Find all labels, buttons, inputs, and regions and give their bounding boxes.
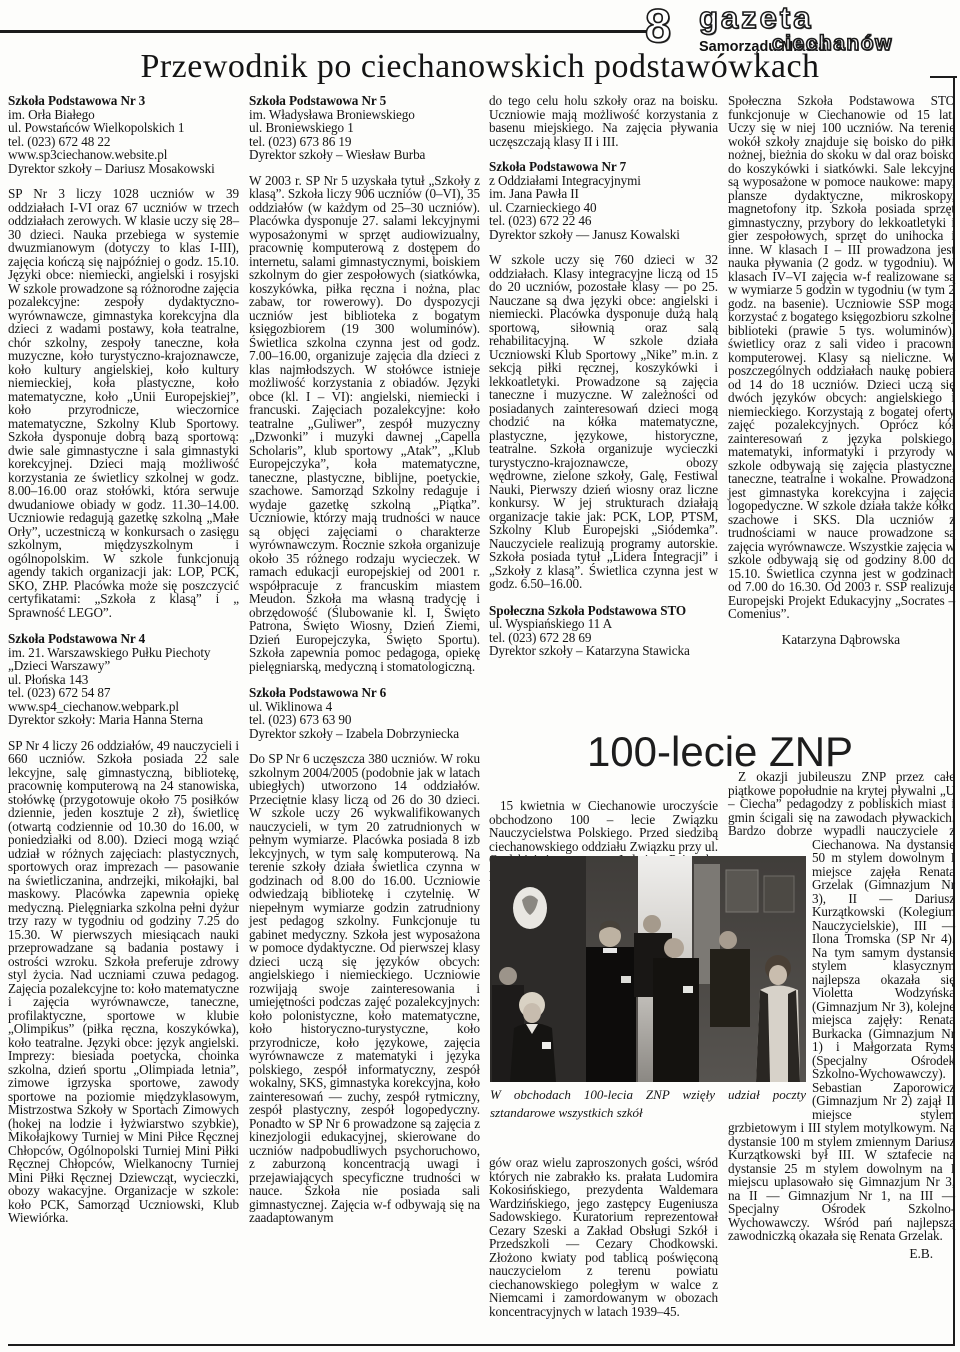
school-info-line: im. Jana Pawła II <box>489 187 718 201</box>
school-body-continuation: do tego celu holu szkoły oraz na boisku.… <box>489 94 718 148</box>
school-info-line: z Oddziałami Integracyjnymi <box>489 174 718 188</box>
school-info-line: „Dzieci Warszawy” <box>8 659 239 673</box>
article-byline: Katarzyna Dąbrowska <box>728 633 955 647</box>
school-info-line: ul. Broniewskiego 1 <box>249 121 480 135</box>
school-body: W szkole uczy się 760 dzieci w 32 oddzia… <box>489 253 718 591</box>
znp-left-text: gów oraz wielu zaproszonych gości, wśród… <box>489 1156 718 1318</box>
school-ssto-header: Społeczna Szkoła Podstawowa STO ul. Wysp… <box>489 604 718 658</box>
school-info-line: ul. Czarnieckiego 40 <box>489 201 718 215</box>
school-name: Szkoła Podstawowa Nr 6 <box>249 686 480 700</box>
page-title: Przewodnik po ciechanowskich podstawówka… <box>0 48 960 85</box>
school-info-line: Dyrektor szkoły — Janusz Kowalski <box>489 228 718 242</box>
school-website: www.sp4_ciechanow.webpark.pl <box>8 700 239 714</box>
column-3: do tego celu holu szkoły oraz na boisku.… <box>489 94 718 671</box>
photo-wrap-spacer <box>728 838 812 1113</box>
school-info-line: Dyrektor szkoły: Maria Hanna Sterna <box>8 713 239 727</box>
school-info-line: ul. Płońska 143 <box>8 673 239 687</box>
school-info-line: ul. Wiklinowa 4 <box>249 700 480 714</box>
top-rule <box>0 30 648 33</box>
school-info-line: ul. Powstańców Wielkopolskich 1 <box>8 121 239 135</box>
znp-left-continuation: gów oraz wielu zaproszonych gości, wśród… <box>489 1156 718 1318</box>
school-info-line: tel. (023) 673 86 19 <box>249 135 480 149</box>
znp-right-column: Z okazji jubileuszu ZNP przez całe piątk… <box>728 770 955 1260</box>
column-2: Szkoła Podstawowa Nr 5 im. Władysława Br… <box>249 94 480 1238</box>
school-info-line: ul. Wyspiańskiego 11 A <box>489 617 718 631</box>
school-info-line: tel. (023) 672 54 87 <box>8 686 239 700</box>
school-info-line: tel. (023) 672 22 46 <box>489 214 718 228</box>
school-sp6: Szkoła Podstawowa Nr 6 ul. Wiklinowa 4 t… <box>249 686 480 1225</box>
school-body: SP Nr 3 liczy 1028 uczniów w 39 oddziała… <box>8 187 239 619</box>
school-sp3: Szkoła Podstawowa Nr 3 im. Orła Białego … <box>8 94 239 619</box>
school-info-line: im. 21. Warszawskiego Pułku Piechoty <box>8 646 239 660</box>
column-4: Społeczna Szkoła Podstawowa STO funkcjon… <box>728 94 955 646</box>
school-info-line: im. Władysława Broniewskiego <box>249 108 480 122</box>
school-body: Do SP Nr 6 uczęszcza 380 uczniów. W roku… <box>249 752 480 1225</box>
school-name: Szkoła Podstawowa Nr 7 <box>489 160 718 174</box>
masthead-title: gazeta <box>699 2 813 33</box>
article-byline: E.B. <box>728 1247 955 1261</box>
school-name: Szkoła Podstawowa Nr 4 <box>8 632 239 646</box>
school-info-line: tel. (023) 672 48 22 <box>8 135 239 149</box>
column-1: Szkoła Podstawowa Nr 3 im. Orła Białego … <box>8 94 239 1238</box>
school-sp5: Szkoła Podstawowa Nr 5 im. Władysława Br… <box>249 94 480 673</box>
school-info-line: Dyrektor szkoły – Dariusz Mosakowski <box>8 162 239 176</box>
school-website: www.sp3ciechanow.website.pl <box>8 148 239 162</box>
znp-right-text: Z okazji jubileuszu ZNP przez całe piątk… <box>728 770 955 1243</box>
school-body: W 2003 r. SP Nr 5 uzyskała tytuł „Szkoły… <box>249 174 480 674</box>
newspaper-page: 8 gazeta Samorządu Miasta ciechanów Prze… <box>0 0 960 1352</box>
school-name: Szkoła Podstawowa Nr 5 <box>249 94 480 108</box>
school-info-line: Dyrektor szkoły – Katarzyna Stawicka <box>489 644 718 658</box>
school-info-line: im. Orła Białego <box>8 108 239 122</box>
page-number: 8 <box>645 2 671 49</box>
school-info-line: tel. (023) 672 28 69 <box>489 631 718 645</box>
bottom-rule <box>8 1344 955 1346</box>
school-info-line: tel. (023) 673 63 90 <box>249 713 480 727</box>
school-name: Społeczna Szkoła Podstawowa STO <box>489 604 718 618</box>
school-info-line: Dyrektor szkoły – Wiesław Burba <box>249 148 480 162</box>
school-info-line: Dyrektor szkoły – Izabela Dobrzyniecka <box>249 727 480 741</box>
school-sp4: Szkoła Podstawowa Nr 4 im. 21. Warszawsk… <box>8 632 239 1225</box>
school-body: Społeczna Szkoła Podstawowa STO funkcjon… <box>728 94 955 621</box>
school-name: Szkoła Podstawowa Nr 3 <box>8 94 239 108</box>
school-body: SP Nr 4 liczy 26 oddziałów, 49 nauczycie… <box>8 739 239 1225</box>
school-sp7: Szkoła Podstawowa Nr 7 z Oddziałami Inte… <box>489 160 718 591</box>
